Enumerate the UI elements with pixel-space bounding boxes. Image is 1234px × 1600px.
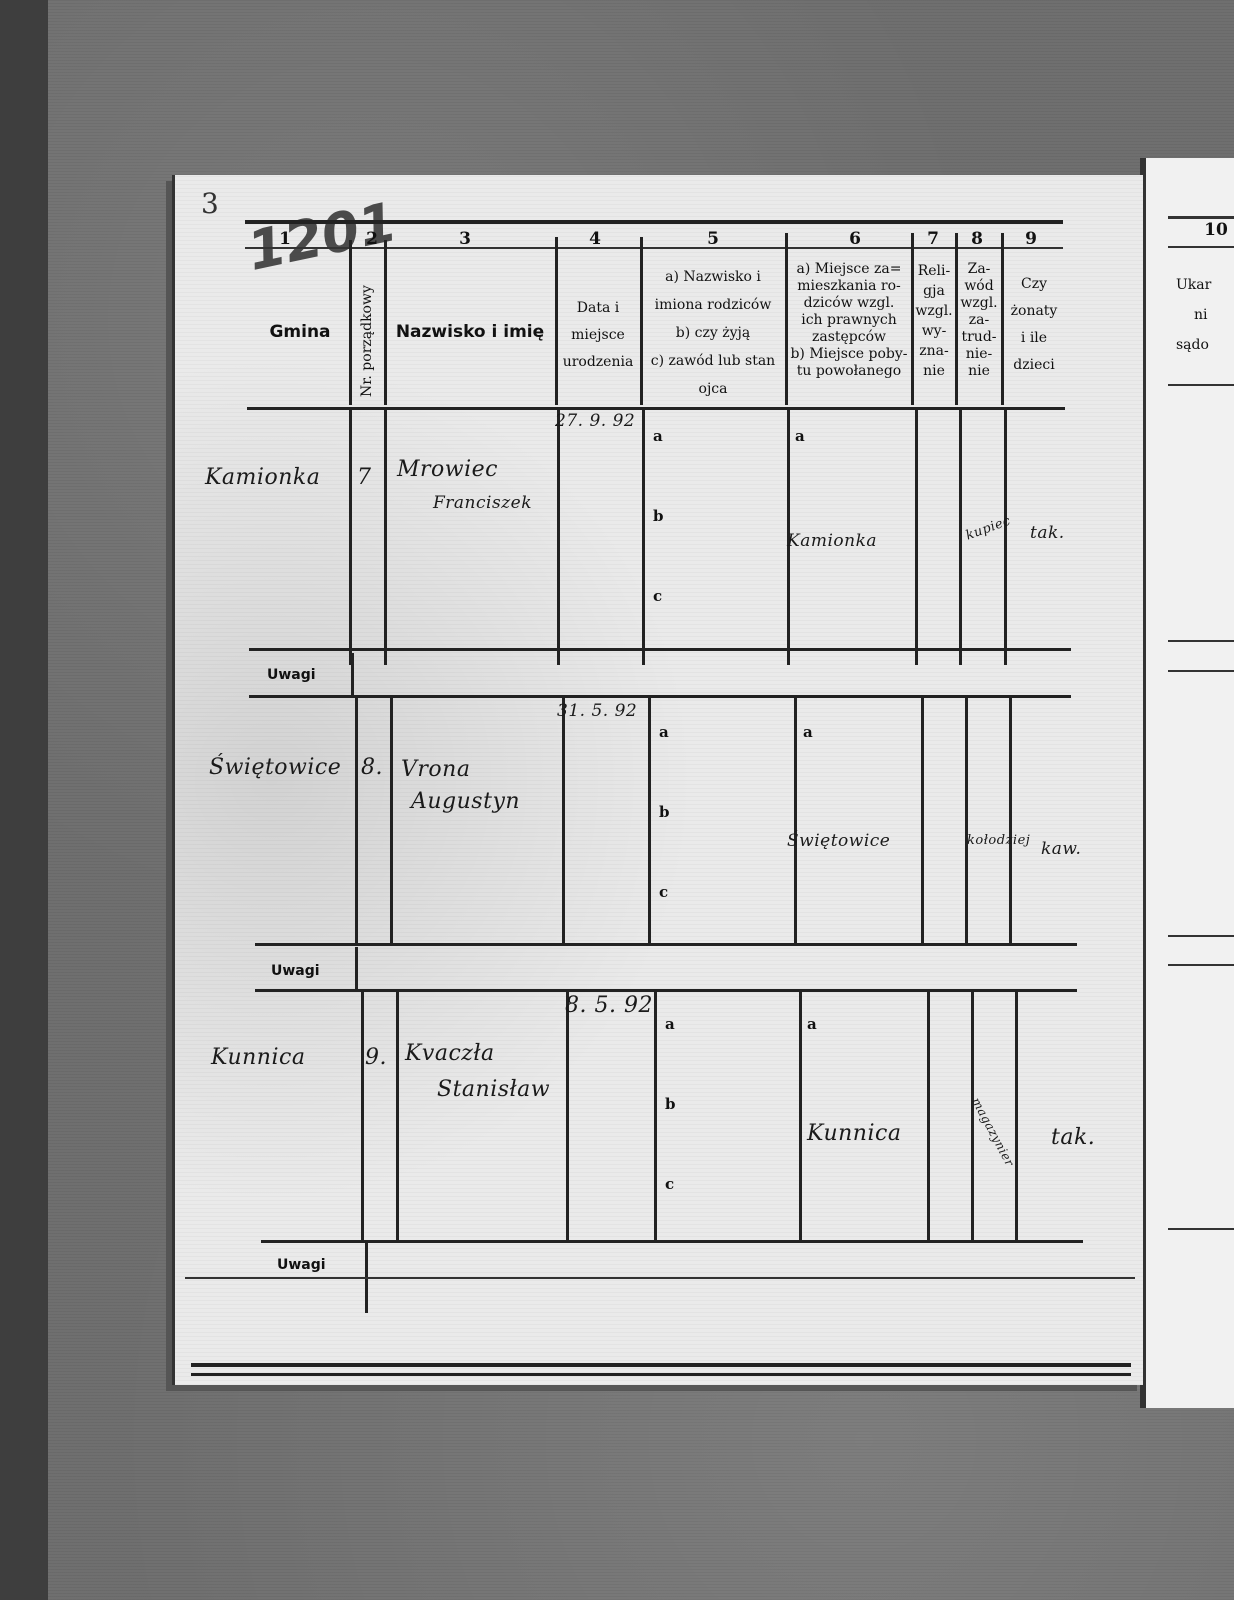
entry-2-birth-date: 31. 5. 92 <box>557 701 637 721</box>
column-2-number: 2 <box>357 229 387 249</box>
column-9-number: 9 <box>1011 229 1051 249</box>
entry-3-residence: Kunnica <box>807 1121 901 1146</box>
entry-2-residence: Świętowice <box>787 831 890 851</box>
entry-3-married: tak. <box>1051 1125 1095 1150</box>
entry-1-parents-a: a <box>653 427 663 445</box>
entry-2-gmina: Świętowice <box>209 755 341 780</box>
entry-2-residence-a: a <box>803 723 813 741</box>
entry-2-remarks-label: Uwagi <box>271 963 320 979</box>
column-5-number: 5 <box>693 229 733 249</box>
entry-1-birth-date: 27. 9. 92 <box>555 411 635 431</box>
register-page: 3 1201 1 2 3 4 5 6 7 8 9 Gmina Nr. porzą… <box>172 175 1143 1385</box>
column-3-number: 3 <box>445 229 485 249</box>
column-8-label: Za-wódwzgl.za-trud-nie-nie <box>957 261 1001 380</box>
entry-1-given-name: Franciszek <box>433 493 532 513</box>
entry-2-parents-a: a <box>659 723 669 741</box>
column-7-number: 7 <box>913 229 953 249</box>
column-9-label: Czyżonatyi iledzieci <box>1003 271 1065 379</box>
column-1-number: 1 <box>265 229 305 249</box>
entry-3-parents-a: a <box>665 1015 675 1033</box>
facing-page: 10 Ukar ni sądo <box>1140 158 1234 1408</box>
column-10-number: 10 <box>1196 220 1234 240</box>
entry-1-parents-b: b <box>653 507 664 525</box>
entry-2-parents-b: b <box>659 803 670 821</box>
column-7-label: Reli-gjawzgl.wy-zna-nie <box>913 261 955 381</box>
entry-2-nr: 8. <box>361 755 383 780</box>
entry-2-given-name: Augustyn <box>411 789 520 814</box>
entry-3-given-name: Stanisław <box>437 1077 550 1102</box>
entry-3-birth-date: 8. 5. 92 <box>565 993 653 1018</box>
entry-3-surname: Kvaczła <box>405 1041 495 1066</box>
page-number: 3 <box>201 187 219 220</box>
entry-2-surname: Vrona <box>401 757 470 782</box>
entry-1-nr: 7 <box>357 465 372 490</box>
entry-2-married: kaw. <box>1041 839 1081 859</box>
column-4-number: 4 <box>575 229 615 249</box>
entry-3-remarks-label: Uwagi <box>277 1257 326 1273</box>
column-10-line1: Ukar <box>1176 276 1234 295</box>
entry-1-remarks-label: Uwagi <box>267 667 316 683</box>
column-10-line3: sądo <box>1176 336 1234 355</box>
entry-2-occupation: kołodziej <box>967 833 1030 848</box>
entry-1-residence-a: a <box>795 427 805 445</box>
entry-3-parents-b: b <box>665 1095 676 1113</box>
column-6-label: a) Miejsce za=mieszkania ro-dziców wzgl.… <box>787 261 911 380</box>
entry-3-gmina: Kunnica <box>211 1045 305 1070</box>
column-10-line2: ni <box>1194 306 1234 325</box>
column-2-label: Nr. porządkowy <box>359 285 375 397</box>
entry-1-gmina: Kamionka <box>205 465 320 490</box>
column-4-label: Data i miejsce urodzenia <box>557 295 639 376</box>
entry-1-parents-c: c <box>653 587 662 605</box>
column-1-label: Gmina <box>255 323 345 342</box>
entry-3-nr: 9. <box>365 1045 387 1070</box>
column-8-number: 8 <box>957 229 997 249</box>
column-6-number: 6 <box>835 229 875 249</box>
entry-1-residence: Kamionka <box>787 531 877 551</box>
entry-3-residence-a: a <box>807 1015 817 1033</box>
column-3-label: Nazwisko i imię <box>387 323 553 342</box>
column-5-label: a) Nazwisko iimiona rodzicówb) czy żyjąc… <box>641 263 785 403</box>
entry-1-married: tak. <box>1030 523 1065 543</box>
scan-edge <box>0 0 48 1600</box>
entry-3-parents-c: c <box>665 1175 674 1193</box>
entry-1-surname: Mrowiec <box>397 457 498 482</box>
entry-3-occupation: magazynier <box>969 1095 1017 1169</box>
entry-2-parents-c: c <box>659 883 668 901</box>
